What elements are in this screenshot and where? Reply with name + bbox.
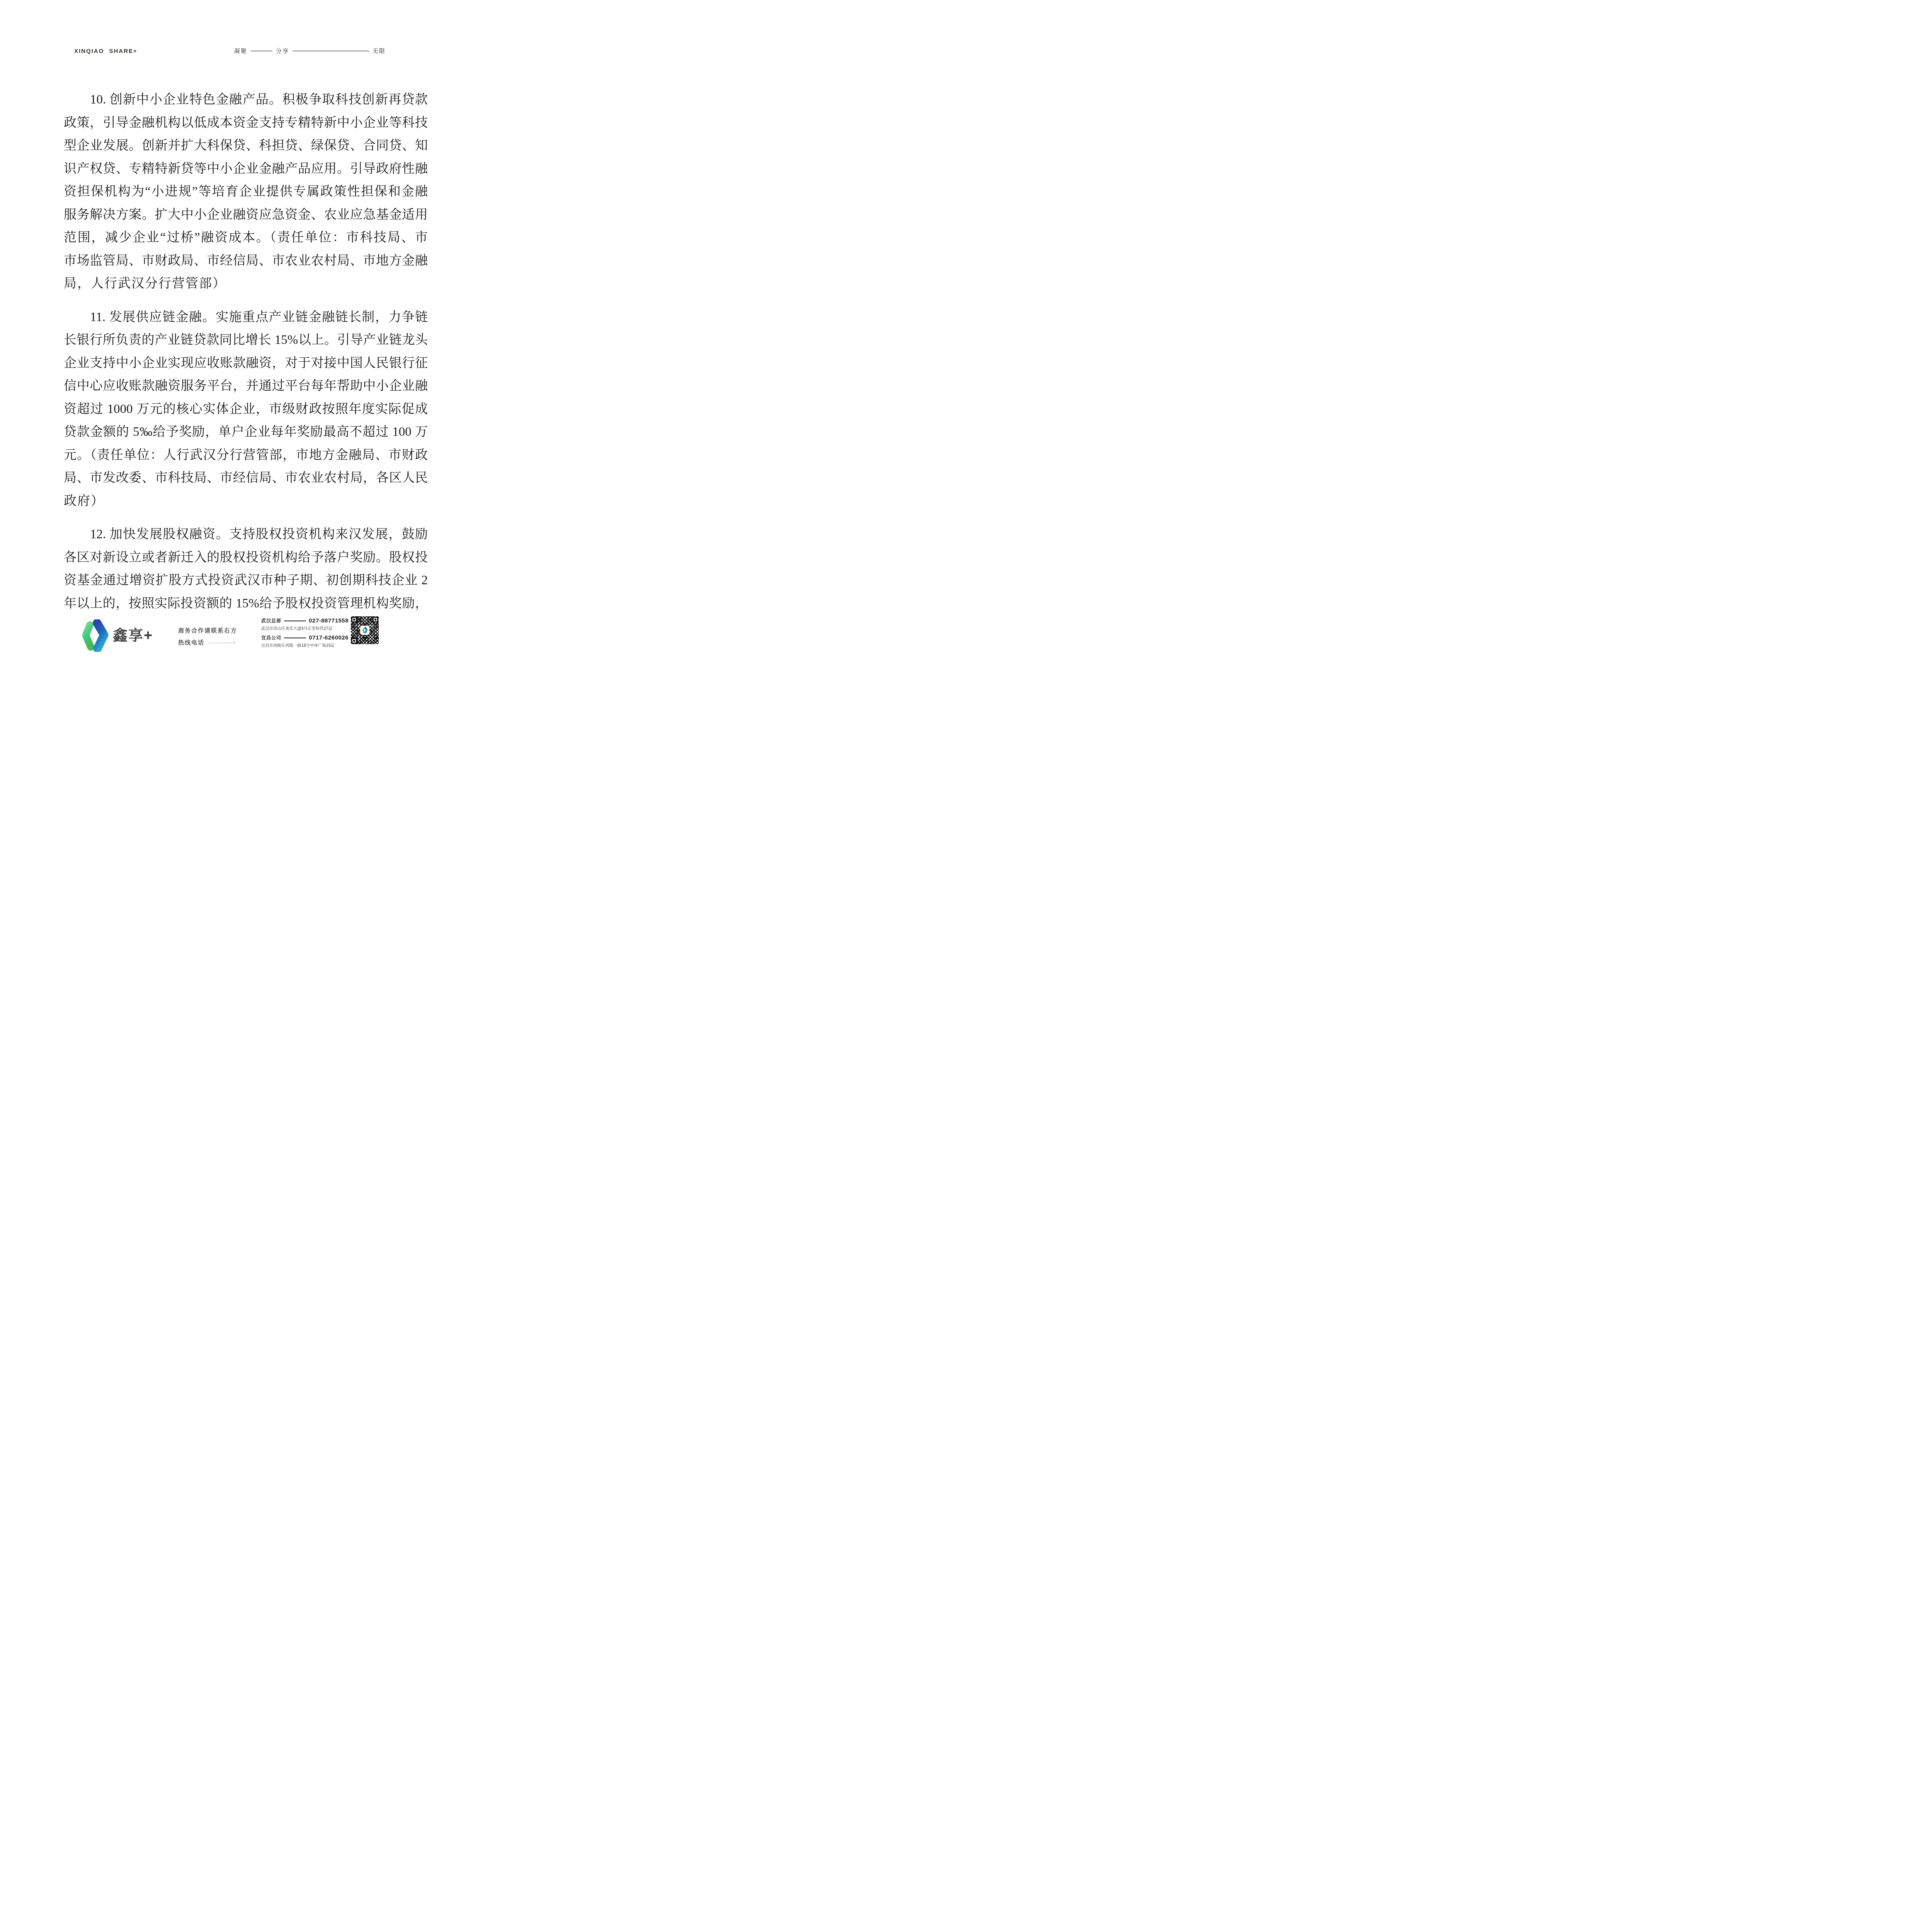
body-line: 政府） xyxy=(64,490,428,513)
office-yichang: 宜昌公司 0717-6260026 宜昌市西陵区西陵一路18号中环广场15层 xyxy=(261,634,349,648)
office-wuhan: 武汉总部 027-88771558 武汉市洪山区欢乐大道9号正堂时代27层 xyxy=(261,617,349,631)
body-line: 各区对新设立或者新迁入的股权投资机构给予落户奖励。股权投 xyxy=(64,546,428,570)
paragraph-12: 12. 加快发展股权融资。支持股权投资机构来汉发展，鼓励 各区对新设立或者新迁入… xyxy=(64,523,428,615)
slogan-divider-long xyxy=(293,51,369,51)
office-phone: 027-88771558 xyxy=(309,617,349,624)
slogan-word-1: 凝聚 xyxy=(234,47,247,55)
document-page: XINQIAO SHARE+ 凝聚 分享 无限 10. 创新中小企业特色金融产品… xyxy=(0,0,479,678)
brand-wordmark: XINQIAO SHARE+ xyxy=(74,48,138,54)
document-body: 10. 创新中小企业特色金融产品。积极争取科技创新再贷款 政策，引导金融机构以低… xyxy=(64,88,428,615)
body-line: 资担保机构为“小进规”等培育企业提供专属政策性担保和金融 xyxy=(64,180,428,204)
body-line: 信中心应收账款融资服务平台，并通过平台每年帮助中小企业融 xyxy=(64,375,428,398)
header-slogan: 凝聚 分享 无限 xyxy=(234,47,386,55)
business-contact-note: 商务合作请联系右方 热线电话 › xyxy=(178,626,252,646)
qr-finder-icon xyxy=(351,638,357,644)
body-line: 局，人行武汉分行营管部） xyxy=(64,272,428,296)
qr-finder-icon xyxy=(351,617,357,622)
note-line-2: 热线电话 xyxy=(178,638,204,646)
office-name: 宜昌公司 xyxy=(261,634,281,641)
office-phone: 0717-6260026 xyxy=(309,634,349,641)
contact-block: 武汉总部 027-88771558 武汉市洪山区欢乐大道9号正堂时代27层 宜昌… xyxy=(261,617,349,648)
qr-code xyxy=(351,616,379,644)
paragraph-11: 11. 发展供应链金融。实施重点产业链金融链长制，力争链 长银行所负责的产业链贷… xyxy=(64,306,428,513)
body-line: 贷款金额的 5‰给予奖励，单户企业每年奖励最高不超过 100 万 xyxy=(64,421,428,444)
xinqiao-logo-icon xyxy=(78,619,110,652)
body-line: 资超过 1000 万元的核心实体企业，市级财政按照年度实际促成 xyxy=(64,398,428,421)
body-line: 范围，减少企业“过桥”融资成本。（责任单位：市科技局、市 xyxy=(64,226,428,250)
body-line: 10. 创新中小企业特色金融产品。积极争取科技创新再贷款 xyxy=(64,88,428,112)
body-line: 12. 加快发展股权融资。支持股权投资机构来汉发展，鼓励 xyxy=(64,523,428,546)
body-line: 服务解决方案。扩大中小企业融资应急资金、农业应急基金适用 xyxy=(64,204,428,227)
body-line: 元。（责任单位：人行武汉分行营管部，市地方金融局、市财政 xyxy=(64,444,428,467)
page-footer: 鑫享+ 商务合作请联系右方 热线电话 › 武汉总部 027-88771558 武… xyxy=(0,616,479,663)
body-line: 长银行所负责的产业链贷款同比增长 15%以上。引导产业链龙头 xyxy=(64,329,428,352)
body-line: 政策，引导金融机构以低成本资金支持专精特新中小企业等科技 xyxy=(64,112,428,135)
body-line: 型企业发展。创新并扩大科保贷、科担贷、绿保贷、合同贷、知 xyxy=(64,134,428,158)
body-line: 11. 发展供应链金融。实施重点产业链金融链长制，力争链 xyxy=(64,306,428,329)
office-address: 武汉市洪山区欢乐大道9号正堂时代27层 xyxy=(261,625,349,631)
qr-finder-icon xyxy=(373,617,378,622)
qr-center-logo xyxy=(361,626,369,634)
body-line: 市场监管局、市财政局、市经信局、市农业农村局、市地方金融 xyxy=(64,250,428,273)
office-name: 武汉总部 xyxy=(261,617,281,624)
slogan-word-3: 无限 xyxy=(373,47,386,55)
dotted-arrow-icon xyxy=(208,642,232,643)
arrow-head-icon: › xyxy=(233,641,236,645)
body-line: 年以上的，按照实际投资额的 15%给予股权投资管理机构奖励， xyxy=(64,592,428,616)
office-address: 宜昌市西陵区西陵一路18号中环广场15层 xyxy=(261,642,349,648)
xinqiao-logo-icon xyxy=(362,627,368,633)
phone-divider-line xyxy=(284,638,306,638)
body-line: 局、市发改委、市科技局、市经信局、市农业农村局，各区人民 xyxy=(64,467,428,490)
body-line: 资基金通过增资扩股方式投资武汉市种子期、初创期科技企业 2 xyxy=(64,569,428,592)
paragraph-10: 10. 创新中小企业特色金融产品。积极争取科技创新再贷款 政策，引导金融机构以低… xyxy=(64,88,428,296)
body-line: 企业支持中小企业实现应收账款融资，对于对接中国人民银行征 xyxy=(64,352,428,375)
note-line-1: 商务合作请联系右方 xyxy=(178,626,252,634)
slogan-divider-short xyxy=(251,51,272,51)
logo-wordmark: 鑫享+ xyxy=(113,623,153,645)
body-line: 识产权贷、专精特新贷等中小企业金融产品应用。引导政府性融 xyxy=(64,158,428,181)
slogan-word-2: 分享 xyxy=(276,47,289,55)
phone-divider-line xyxy=(284,621,306,621)
